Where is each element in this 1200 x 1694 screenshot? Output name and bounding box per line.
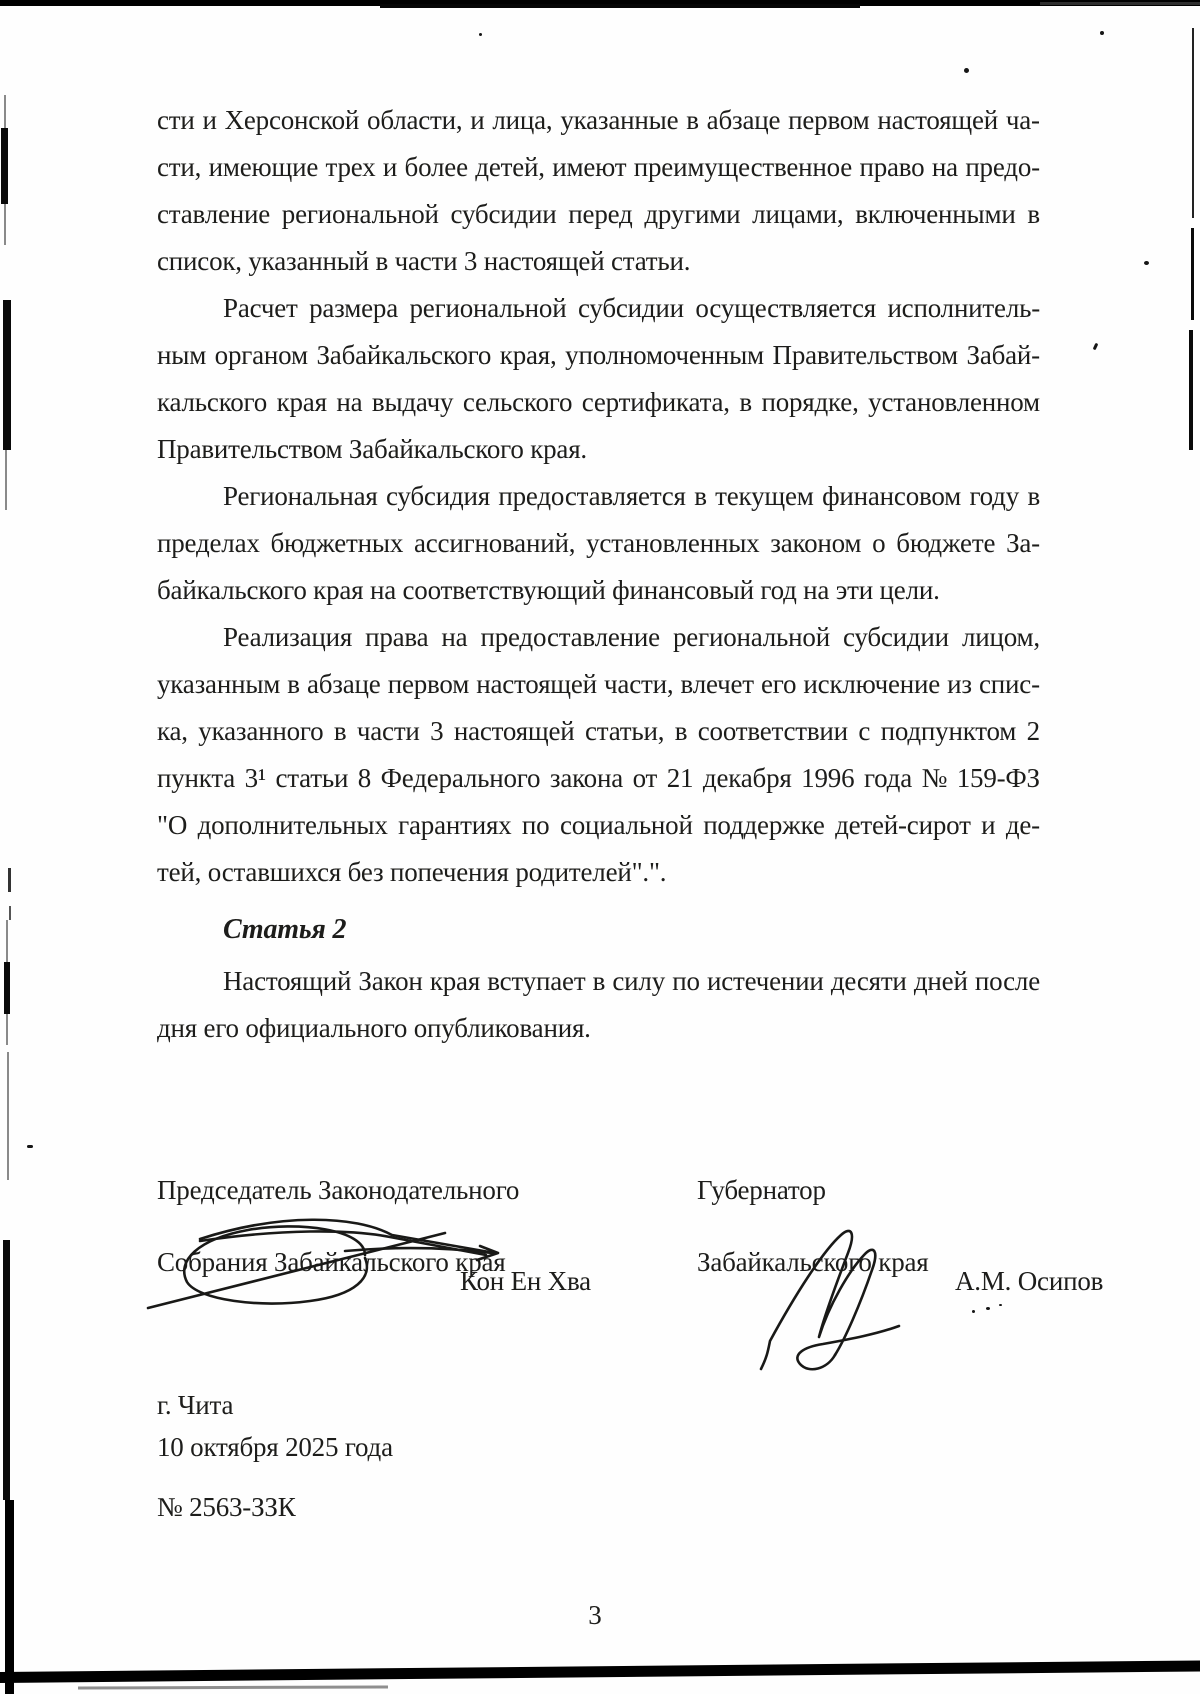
scan-speck [479,33,482,36]
footer-date: 10 октября 2025 года [157,1432,393,1463]
footer-city: г. Чита [157,1390,233,1421]
text-line: Расчетразмерарегиональнойсубсидииосущест… [157,285,1040,332]
scan-artifact-left-edge [7,1052,9,1180]
scan-speck [1100,31,1104,35]
scan-artifact-bottom-band [0,1660,1200,1683]
page-number: 3 [565,1600,625,1631]
text-line: "Одополнительныхгарантияхпосоциальнойпод… [157,802,1040,849]
scan-artifact [78,1685,388,1689]
scan-speck [1093,343,1099,351]
scan-artifact-right-edge [1191,228,1194,320]
text-line: Реализацияправанапредоставлениерегиональ… [157,614,1040,661]
chairman-name: Кон Ен Хва [460,1266,591,1297]
scan-artifact-left-edge [6,920,8,1045]
text-line: Региональнаясубсидияпредоставляетсявтеку… [157,473,1040,520]
text-line: пункта3¹статьи8Федеральногозаконаот21дек… [157,755,1040,802]
text-line: кальскогокраянавыдачусельскогосертификат… [157,379,1040,426]
text-line: НастоящийЗаконкраявступаетвсилупоистечен… [157,958,1040,1005]
text-line: дня его официального опубликования. [157,1005,1040,1052]
scan-speck [1144,261,1149,265]
footer-document-number: № 2563-ЗЗК [157,1492,296,1523]
scan-artifact-left-edge [5,450,7,510]
article-2-heading: Статья 2 [223,909,1040,956]
governor-name: А.М. Осипов [955,1266,1103,1297]
scan-speck [999,1304,1002,1306]
law-body-lines: стииХерсонскойобласти,илица,указанныеваб… [157,97,1040,896]
scan-artifact [380,4,860,8]
text-line: тей, оставшихся без попечения родителей"… [157,849,1040,896]
scan-artifact [1040,2,1200,5]
text-line: байкальского края на соответствующий фин… [157,567,1040,614]
scan-artifact-left-edge [1,128,8,204]
scan-speck [972,1310,975,1313]
article-2-lines: НастоящийЗаконкраявступаетвсилупоистечен… [157,958,1040,1052]
scan-artifact-left-edge [8,868,11,892]
scan-speck [964,68,969,73]
document-page: { "colors": { "ink": "#1d1d1b", "paper":… [0,0,1200,1694]
scan-artifact-right-edge [1192,28,1194,218]
scan-artifact-left-edge [4,962,10,1014]
text-line: пределахбюджетныхассигнований,установлен… [157,520,1040,567]
text-line: ныморганомЗабайкальскогокрая,уполномочен… [157,332,1040,379]
scan-artifact-right-edge [1189,330,1193,450]
scan-artifact-left-edge [5,1500,14,1694]
chairman-title-line1: Председатель Законодательного [157,1175,519,1205]
governor-signature-icon [757,1223,922,1373]
text-line: сти,имеющиетрехиболеедетей,имеютпреимуще… [157,144,1040,191]
scan-artifact-left-edge [4,95,6,245]
text-line: список, указанный в части 3 настоящей ст… [157,238,1040,285]
law-text-block: стииХерсонскойобласти,илица,указанныеваб… [157,97,1040,1052]
scan-artifact-top-band [0,0,1200,6]
scan-speck [27,1145,33,1148]
scan-artifact-left-edge [3,1240,10,1500]
text-line: стииХерсонскойобласти,илица,указанныеваб… [157,97,1040,144]
scan-speck [986,1307,990,1310]
text-line: Правительством Забайкальского края. [157,426,1040,473]
scan-artifact-left-edge [9,906,11,920]
text-line: ка,указанноговчасти3настоящейстатьи,всоо… [157,708,1040,755]
scan-artifact-left-edge [3,300,11,450]
text-line: указаннымвабзацепервомнастоящейчасти,вле… [157,661,1040,708]
governor-title-line1: Губернатор [697,1175,826,1205]
text-line: ставлениерегиональнойсубсидиипереддругим… [157,191,1040,238]
